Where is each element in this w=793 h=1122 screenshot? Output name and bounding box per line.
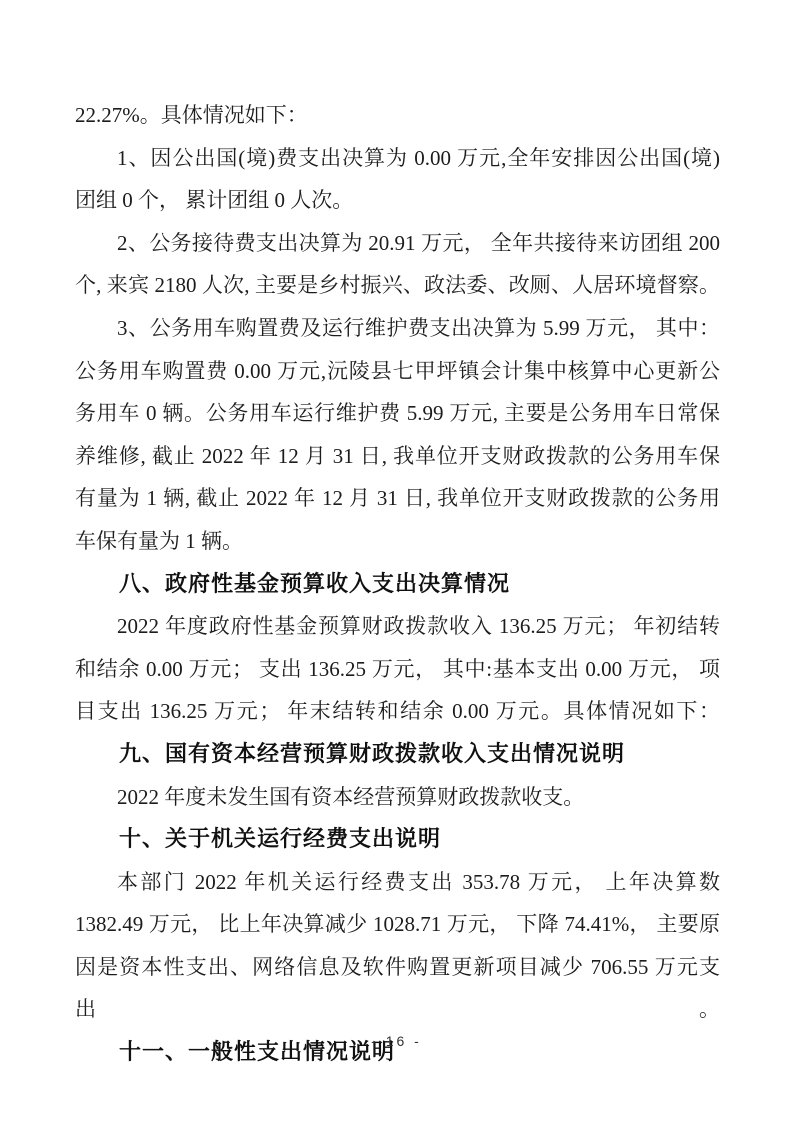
paragraph-item-3: 3、公务用车购置费及运行维护费支出决算为 5.99 万元， 其中： 公务用车购置… [75,307,720,563]
text-line: 因是资本性支出、网络信息及软件购置更新项目减少 706.55 万元支出。 [75,946,720,1031]
text-line: 目支出 136.25 万元； 年末结转和结余 0.00 万元。具体情况如下： [75,690,720,733]
text-line: 和结余 0.00 万元； 支出 136.25 万元， 其中:基本支出 0.00 … [75,648,720,691]
text-line: 公务用车购置费 0.00 万元,沅陵县七甲坪镇会计集中核算中心更新公 [75,350,720,393]
text-line: 务用车 0 辆。公务用车运行维护费 5.99 万元, 主要是公务用车日常保 [75,392,720,435]
page-number: - 16 - [0,1033,793,1049]
text-line: 3、公务用车购置费及运行维护费支出决算为 5.99 万元， 其中： [75,307,720,350]
text-line: 本部门 2022 年机关运行经费支出 353.78 万元， 上年决算数 [75,861,720,904]
text-line: 2、公务接待费支出决算为 20.91 万元， 全年共接待来访团组 200 [75,222,720,265]
text-line: 个, 来宾 2180 人次, 主要是乡村振兴、政法委、改厕、人居环境督察。 [75,264,720,307]
paragraph-item-2: 2、公务接待费支出决算为 20.91 万元， 全年共接待来访团组 200 个, … [75,222,720,307]
paragraph-section-9: 2022 年度未发生国有资本经营预算财政拨款收支。 [75,776,720,819]
section-heading-8: 八、政府性基金预算收入支出决算情况 [75,563,720,606]
section-heading-9: 九、国有资本经营预算财政拨款收入支出情况说明 [75,733,720,776]
text-line: 2022 年度未发生国有资本经营预算财政拨款收支。 [75,776,720,819]
paragraph-continuation: 22.27%。具体情况如下： [75,94,720,137]
paragraph-section-8: 2022 年度政府性基金预算财政拨款收入 136.25 万元； 年初结转 和结余… [75,605,720,733]
text-line: 车保有量为 1 辆。 [75,520,720,563]
document-page: 22.27%。具体情况如下： 1、因公出国(境)费支出决算为 0.00 万元,全… [0,0,793,1122]
text-line: 1、因公出国(境)费支出决算为 0.00 万元,全年安排因公出国(境) [75,137,720,180]
text-line: 团组 0 个， 累计团组 0 人次。 [75,179,720,222]
text-line: 22.27%。具体情况如下： [75,94,720,137]
text-line: 养维修, 截止 2022 年 12 月 31 日, 我单位开支财政拨款的公务用车… [75,435,720,478]
section-heading-10: 十、关于机关运行经费支出说明 [75,818,720,861]
text-line: 2022 年度政府性基金预算财政拨款收入 136.25 万元； 年初结转 [75,605,720,648]
text-line: 有量为 1 辆, 截止 2022 年 12 月 31 日, 我单位开支财政拨款的… [75,477,720,520]
paragraph-section-10: 本部门 2022 年机关运行经费支出 353.78 万元， 上年决算数 1382… [75,861,720,1031]
paragraph-item-1: 1、因公出国(境)费支出决算为 0.00 万元,全年安排因公出国(境) 团组 0… [75,137,720,222]
text-line: 1382.49 万元， 比上年决算减少 1028.71 万元， 下降 74.41… [75,903,720,946]
